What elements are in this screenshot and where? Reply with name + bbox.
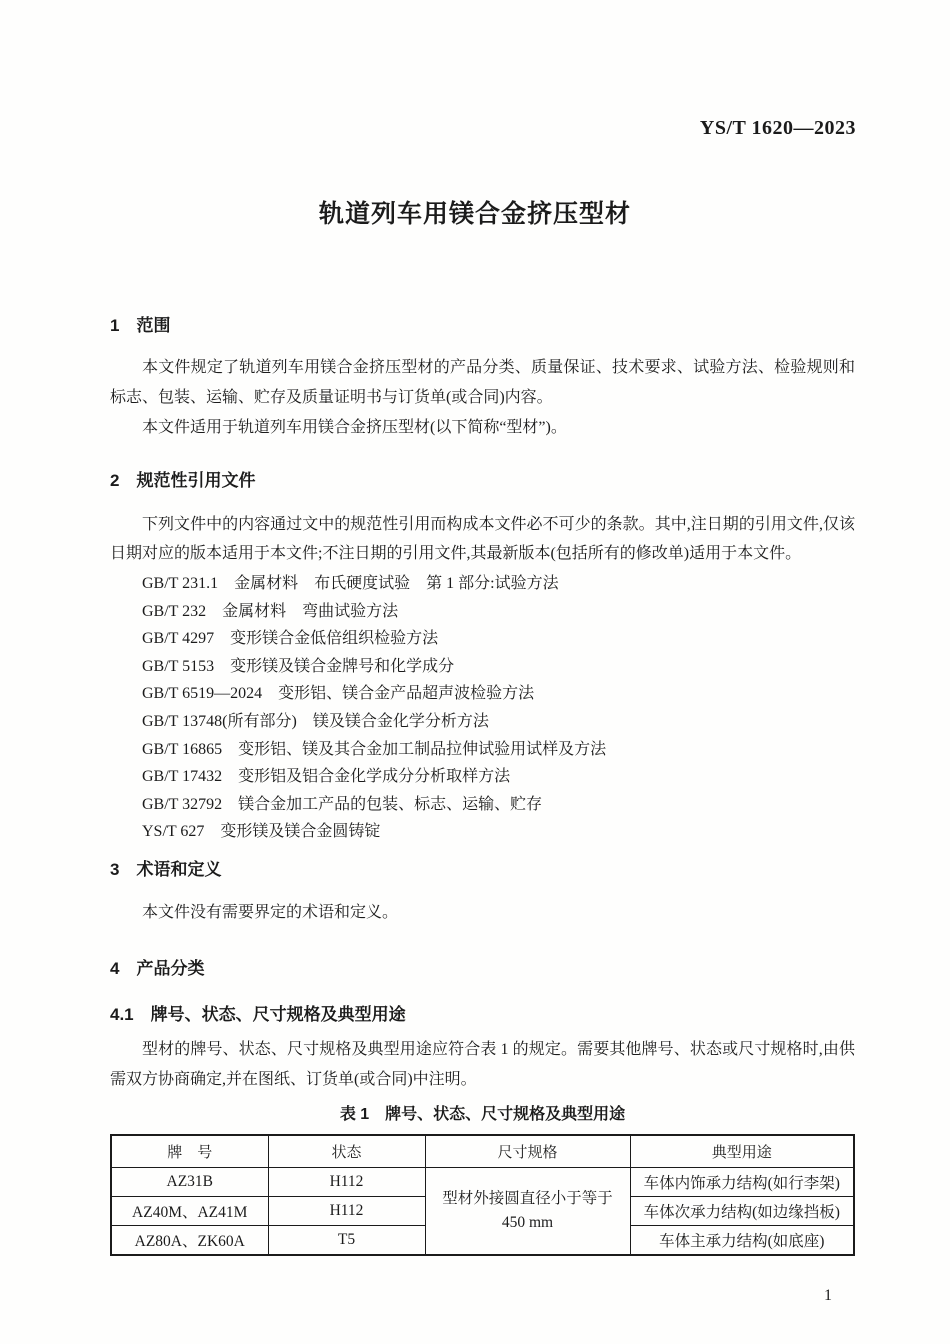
table1-grade-cell: AZ80A、ZK60A — [111, 1225, 268, 1255]
table1-header-size-spec: 尺寸规格 — [425, 1135, 630, 1168]
section-heading-terms: 3 术语和定义 — [110, 858, 855, 882]
table1-grade-cell: AZ31B — [111, 1167, 268, 1196]
page-number: 1 — [824, 1286, 832, 1306]
section-heading-normative-references: 2 规范性引用文件 — [110, 469, 855, 493]
table1-typical-use-cell: 车体内饰承力结构(如行李架) — [630, 1167, 854, 1196]
reference-item: GB/T 231.1 金属材料 布氏硬度试验 第 1 部分:试验方法 — [110, 570, 855, 598]
table-row: AZ31B H112 型材外接圆直径小于等于 450 mm 车体内饰承力结构(如… — [111, 1167, 854, 1196]
table1: 牌 号 状态 尺寸规格 典型用途 AZ31B H112 型材外接圆直径小于等于 … — [110, 1134, 855, 1256]
table1-header-typical-use: 典型用途 — [630, 1135, 854, 1168]
table1-temper-cell: T5 — [268, 1225, 425, 1255]
table1-temper-cell: H112 — [268, 1196, 425, 1225]
table1-caption: 表 1 牌号、状态、尺寸规格及典型用途 — [110, 1105, 855, 1125]
table1-header-temper: 状态 — [268, 1135, 425, 1168]
reference-item: GB/T 17432 变形铝及铝合金化学成分分析取样方法 — [110, 763, 855, 791]
table1-header-row: 牌 号 状态 尺寸规格 典型用途 — [111, 1135, 854, 1168]
normative-references-intro: 下列文件中的内容通过文中的规范性引用而构成本文件必不可少的条款。其中,注日期的引… — [110, 510, 855, 568]
scope-paragraph-2: 本文件适用于轨道列车用镁合金挤压型材(以下简称“型材”)。 — [110, 413, 855, 443]
table1-grade-cell: AZ40M、AZ41M — [111, 1196, 268, 1225]
reference-item: GB/T 4297 变形镁合金低倍组织检验方法 — [110, 625, 855, 653]
reference-item: GB/T 5153 变形镁及镁合金牌号和化学成分 — [110, 653, 855, 681]
terms-paragraph: 本文件没有需要界定的术语和定义。 — [110, 898, 855, 928]
reference-item: GB/T 13748(所有部分) 镁及镁合金化学分析方法 — [110, 708, 855, 736]
table1-typical-use-cell: 车体次承力结构(如边缘挡板) — [630, 1196, 854, 1225]
section-heading-scope: 1 范围 — [110, 314, 855, 338]
subsection-heading-grades: 4.1 牌号、状态、尺寸规格及典型用途 — [110, 1003, 855, 1027]
document-page: YS/T 1620—2023 轨道列车用镁合金挤压型材 1 范围 本文件规定了轨… — [0, 0, 950, 1344]
reference-item: GB/T 232 金属材料 弯曲试验方法 — [110, 598, 855, 626]
section-heading-classification: 4 产品分类 — [110, 957, 855, 981]
page-title: 轨道列车用镁合金挤压型材 — [0, 192, 950, 236]
table1-size-spec-line2: 450 mm — [430, 1211, 626, 1235]
scope-paragraph-1: 本文件规定了轨道列车用镁合金挤压型材的产品分类、质量保证、技术要求、试验方法、检… — [110, 353, 855, 413]
table1-typical-use-cell: 车体主承力结构(如底座) — [630, 1225, 854, 1255]
table1-size-spec-cell: 型材外接圆直径小于等于 450 mm — [425, 1167, 630, 1255]
reference-item: YS/T 627 变形镁及镁合金圆铸锭 — [110, 818, 855, 846]
document-content: 1 范围 本文件规定了轨道列车用镁合金挤压型材的产品分类、质量保证、技术要求、试… — [110, 314, 855, 1256]
table1-temper-cell: H112 — [268, 1167, 425, 1196]
reference-item: GB/T 6519—2024 变形铝、镁合金产品超声波检验方法 — [110, 680, 855, 708]
reference-item: GB/T 32792 镁合金加工产品的包装、标志、运输、贮存 — [110, 791, 855, 819]
doc-number: YS/T 1620—2023 — [0, 0, 856, 140]
classification-paragraph: 型材的牌号、状态、尺寸规格及典型用途应符合表 1 的规定。需要其他牌号、状态或尺… — [110, 1035, 855, 1095]
reference-item: GB/T 16865 变形铝、镁及其合金加工制品拉伸试验用试样及方法 — [110, 736, 855, 764]
table1-size-spec-line1: 型材外接圆直径小于等于 — [430, 1187, 626, 1211]
table1-header-grade: 牌 号 — [111, 1135, 268, 1168]
reference-list: GB/T 231.1 金属材料 布氏硬度试验 第 1 部分:试验方法 GB/T … — [110, 570, 855, 846]
